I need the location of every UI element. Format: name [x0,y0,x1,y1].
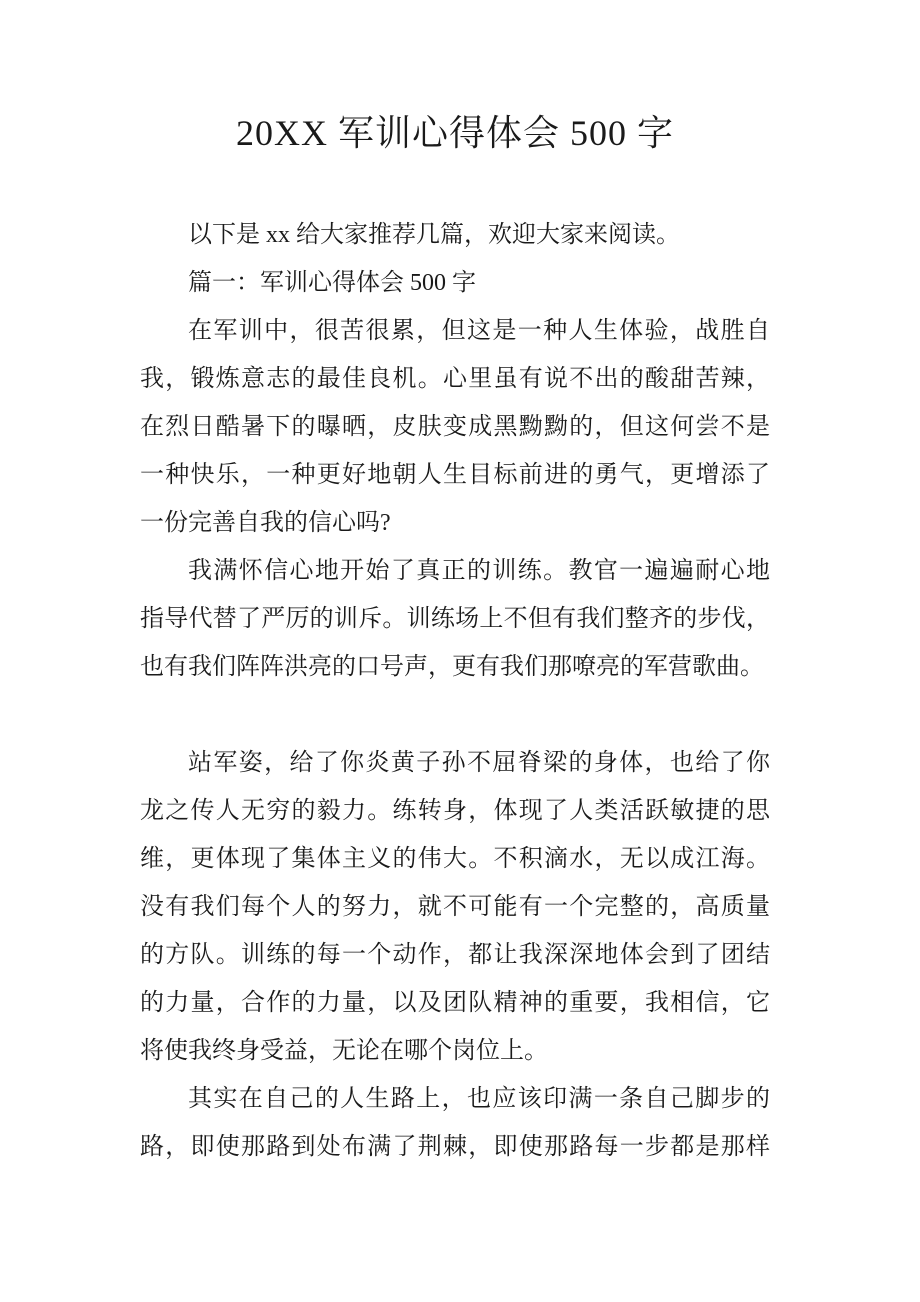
paragraph: 其实在自己的人生路上，也应该印满一条自己脚步的路，即使那路到处布满了荆棘，即使那… [140,1075,770,1171]
text-line: 篇一：军训心得体会 500 字 [140,259,770,307]
paragraph: 以下是 xx 给大家推荐几篇，欢迎大家来阅读。 [140,211,770,259]
paragraph: 篇一：军训心得体会 500 字 [140,259,770,307]
text-line: 我满怀信心地开始了真正的训练。教官一遍遍耐心地 [140,547,770,595]
text-line: 路，即使那路到处布满了荆棘，即使那路每一步都是那样 [140,1123,770,1171]
text-line: 也有我们阵阵洪亮的口号声，更有我们那嘹亮的军营歌曲。 [140,643,770,691]
document-page: 20XX 军训心得体会 500 字 以下是 xx 给大家推荐几篇，欢迎大家来阅读… [0,0,920,1302]
text-line: 龙之传人无穷的毅力。练转身，体现了人类活跃敏捷的思 [140,787,770,835]
text-line: 在烈日酷暑下的曝晒，皮肤变成黑黝黝的，但这何尝不是 [140,403,770,451]
text-line: 站军姿，给了你炎黄子孙不屈脊梁的身体，也给了你 [140,739,770,787]
paragraph: 站军姿，给了你炎黄子孙不屈脊梁的身体，也给了你龙之传人无穷的毅力。练转身，体现了… [140,739,770,1075]
text-line: 的方队。训练的每一个动作，都让我深深地体会到了团结 [140,931,770,979]
text-line: 一种快乐，一种更好地朝人生目标前进的勇气，更增添了 [140,451,770,499]
text-line: 一份完善自我的信心吗? [140,499,770,547]
paragraph: 在军训中，很苦很累，但这是一种人生体验，战胜自我，锻炼意志的最佳良机。心里虽有说… [140,307,770,547]
text-line: 其实在自己的人生路上，也应该印满一条自己脚步的 [140,1075,770,1123]
text-line: 以下是 xx 给大家推荐几篇，欢迎大家来阅读。 [140,211,770,259]
text-line: 指导代替了严厉的训斥。训练场上不但有我们整齐的步伐， [140,595,770,643]
text-line: 在军训中，很苦很累，但这是一种人生体验，战胜自 [140,307,770,355]
text-line: 维，更体现了集体主义的伟大。不积滴水，无以成江海。 [140,835,770,883]
paragraph: 我满怀信心地开始了真正的训练。教官一遍遍耐心地指导代替了严厉的训斥。训练场上不但… [140,547,770,691]
text-line: 我，锻炼意志的最佳良机。心里虽有说不出的酸甜苦辣， [140,355,770,403]
text-line: 没有我们每个人的努力，就不可能有一个完整的，高质量 [140,883,770,931]
text-line: 将使我终身受益，无论在哪个岗位上。 [140,1027,770,1075]
document-body: 以下是 xx 给大家推荐几篇，欢迎大家来阅读。篇一：军训心得体会 500 字在军… [140,211,770,1171]
document-title: 20XX 军训心得体会 500 字 [140,103,770,163]
blank-line [140,691,770,739]
text-line: 的力量，合作的力量，以及团队精神的重要，我相信，它 [140,979,770,1027]
